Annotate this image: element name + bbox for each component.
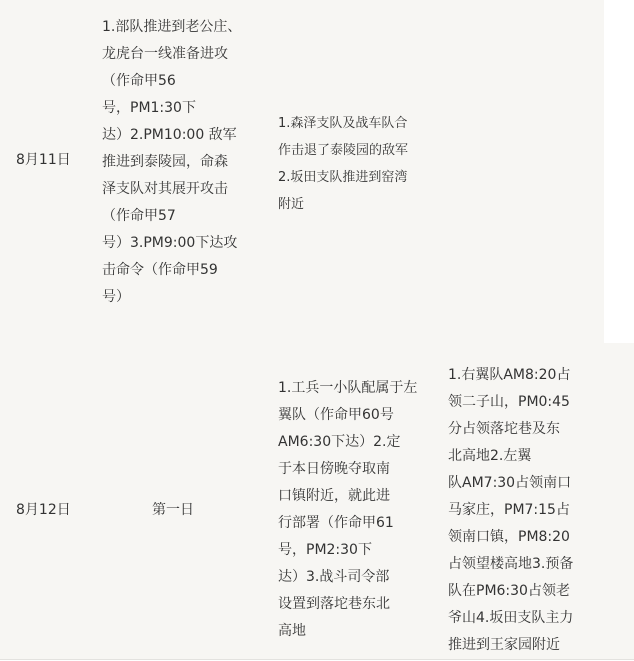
orders-line: （作命甲56	[102, 68, 241, 95]
results-line: 马家庄，PM7:15占	[448, 497, 573, 524]
results-line: 队在PM6:30占领老	[448, 578, 573, 605]
results-line: 作击退了泰陵园的敌军	[278, 137, 408, 164]
orders-line: 号，PM1:30下	[102, 95, 241, 122]
results-line: 北高地2.左翼	[448, 443, 573, 470]
orders-line: 号）3.PM9:00下达攻	[102, 230, 241, 257]
results-line: 推进到王家园附近	[448, 632, 573, 659]
orders-line: 泽支队对其展开攻击	[102, 176, 241, 203]
results-line: 领二子山，PM0:45	[448, 389, 573, 416]
results-line: 分占领落坨巷及东	[448, 416, 573, 443]
orders-line: 设置到落坨巷东北	[278, 591, 417, 618]
table-row-aug-12: 8月12日 第一日 1.工兵一小队配属于左 翼队（作命甲60号 AM6:30下达…	[0, 343, 634, 660]
day-cell: 第一日	[152, 497, 194, 524]
table-row-aug-11: 8月11日 1.部队推进到老公庄、 龙虎台一线准备进攻 （作命甲56 号，PM1…	[0, 0, 604, 343]
date-cell: 8月12日	[16, 497, 71, 524]
orders-line: AM6:30下达）2.定	[278, 429, 417, 456]
results-cell: 1.森泽支队及战车队合 作击退了泰陵园的敌军 2.坂田支队推进到窑湾 附近	[278, 110, 408, 218]
orders-line: 高地	[278, 618, 417, 645]
orders-line: 推进到泰陵园，命森	[102, 149, 241, 176]
orders-line: 号，PM2:30下	[278, 537, 417, 564]
orders-line: 达）3.战斗司令部	[278, 564, 417, 591]
orders-line: 号）	[102, 284, 241, 311]
results-line: 领南口镇，PM8:20	[448, 524, 573, 551]
results-cell: 1.右翼队AM8:20占 领二子山，PM0:45 分占领落坨巷及东 北高地2.左…	[448, 362, 573, 659]
date-cell: 8月11日	[16, 147, 71, 174]
results-line: 占领望楼高地3.预备	[448, 551, 573, 578]
results-line: 队AM7:30占领南口	[448, 470, 573, 497]
orders-line: 达）2.PM10:00 敌军	[102, 122, 241, 149]
orders-line: 翼队（作命甲60号	[278, 402, 417, 429]
results-line: 2.坂田支队推进到窑湾	[278, 164, 408, 191]
orders-line: 龙虎台一线准备进攻	[102, 41, 241, 68]
results-line: 附近	[278, 191, 408, 218]
orders-line: 1.部队推进到老公庄、	[102, 14, 241, 41]
orders-line: 1.工兵一小队配属于左	[278, 375, 417, 402]
orders-cell: 1.工兵一小队配属于左 翼队（作命甲60号 AM6:30下达）2.定 于本日傍晚…	[278, 375, 417, 645]
orders-line: 口镇附近，就此进	[278, 483, 417, 510]
results-line: 1.右翼队AM8:20占	[448, 362, 573, 389]
results-line: 爷山4.坂田支队主力	[448, 605, 573, 632]
orders-line: 于本日傍晚夺取南	[278, 456, 417, 483]
orders-cell: 1.部队推进到老公庄、 龙虎台一线准备进攻 （作命甲56 号，PM1:30下 达…	[102, 14, 241, 311]
orders-line: 行部署（作命甲61	[278, 510, 417, 537]
orders-line: 击命令（作命甲59	[102, 257, 241, 284]
orders-line: （作命甲57	[102, 203, 241, 230]
results-line: 1.森泽支队及战车队合	[278, 110, 408, 137]
